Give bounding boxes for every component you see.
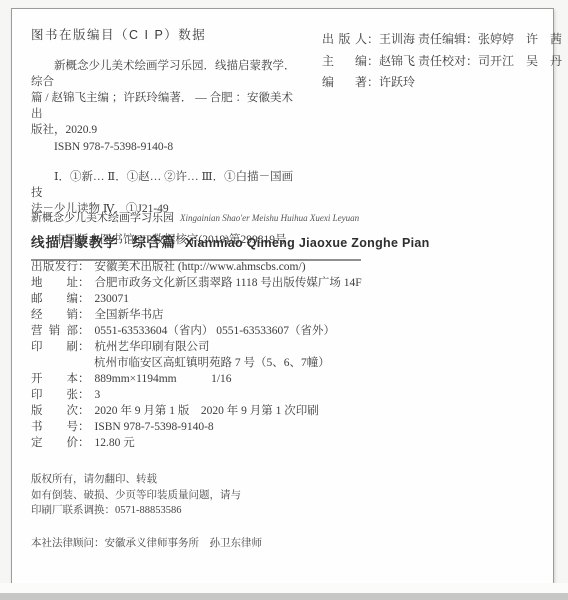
- pub-row-price: 定价：12.80 元: [31, 435, 362, 451]
- colon: ：: [367, 32, 379, 46]
- staff-name: 赵锦飞: [379, 54, 415, 68]
- title-block: 新概念少儿美术绘画学习乐园Xingainian Shao'er Meishu H…: [31, 208, 430, 261]
- staff-row-author: 编著：许跃玲: [322, 72, 415, 94]
- pub-value: 杭州艺华印刷有限公司: [95, 339, 210, 355]
- colon: ：: [78, 435, 90, 451]
- cip-paragraph-line: 新概念少儿美术绘画学习乐园．线描启蒙教学．综合: [31, 58, 303, 90]
- staff-label: 出版人: [322, 29, 367, 51]
- book-title-pinyin: Xianmiao Qimeng Jiaoxue Zonghe Pian: [185, 236, 430, 250]
- pub-label: 出版发行: [31, 259, 78, 275]
- pub-label: 地址: [31, 275, 78, 291]
- pub-value: 全国新华书店: [95, 307, 164, 323]
- staff-column-left: 出版人：王训海 主编：赵锦飞 编著：许跃玲: [322, 29, 415, 94]
- cip-isbn: ISBN 978-7-5398-9140-8: [31, 139, 303, 155]
- staff-row-proofreader: 责任校对：司开江 吴 丹: [418, 51, 562, 73]
- pub-value: ISBN 978-7-5398-9140-8: [95, 419, 214, 435]
- pub-label: 版次: [31, 403, 78, 419]
- pub-row-postcode: 邮编：230071: [31, 291, 362, 307]
- pub-row-publisher: 出版发行：安徽美术出版社 (http://www.ahmscbs.com/): [31, 259, 362, 275]
- pub-row-edition: 版次：2020 年 9 月第 1 版 2020 年 9 月第 1 次印刷: [31, 403, 362, 419]
- colon: ：: [466, 32, 478, 46]
- pub-value: 230071: [95, 291, 130, 307]
- legal-advisor-line: 本社法律顾问：安徽承义律师事务所 孙卫东律师: [31, 535, 262, 550]
- colon: ：: [367, 54, 379, 68]
- pub-label: 邮编: [31, 291, 78, 307]
- pub-row-isbn: 书号：ISBN 978-7-5398-9140-8: [31, 419, 362, 435]
- pub-label: 印刷: [31, 339, 78, 355]
- pub-label: 定价: [31, 435, 78, 451]
- printer-contact-line: 印刷厂联系调换：0571-88853586: [31, 503, 241, 519]
- staff-label: 责任校对: [418, 54, 466, 68]
- book-copyright-page: 图书在版编目（C I P）数据 新概念少儿美术绘画学习乐园．线描启蒙教学．综合 …: [11, 8, 554, 584]
- pub-label: 印张: [31, 387, 78, 403]
- colon: ：: [78, 291, 90, 307]
- staff-row-chief-editor: 主编：赵锦飞: [322, 51, 415, 73]
- series-title-line: 新概念少儿美术绘画学习乐园Xingainian Shao'er Meishu H…: [31, 208, 430, 226]
- pub-label: 经销: [31, 307, 78, 323]
- cip-paragraph-line: 版社，2020.9: [31, 122, 303, 138]
- staff-name: 张婷婷 许 茜: [478, 32, 562, 46]
- book-title: 线描启蒙教学 综合篇: [31, 235, 176, 250]
- staff-name: 王训海: [379, 32, 415, 46]
- scanned-copyright-page: { "ui": { "colon": "：" }, "cip": { "head…: [0, 0, 568, 600]
- colon: ：: [78, 403, 90, 419]
- pub-label: 营销部: [31, 323, 78, 339]
- pub-label: 书号: [31, 419, 78, 435]
- cip-classification-line: Ⅰ．①新… Ⅱ．①赵… ②许… Ⅲ．①白描－国画技: [31, 169, 303, 201]
- copyright-notice-block: 版权所有，请勿翻印、转载 如有倒装、破损、少页等印装质量问题，请与 印刷厂联系调…: [31, 472, 241, 519]
- colon: ：: [78, 275, 90, 291]
- colon: ：: [78, 387, 90, 403]
- pub-row-distribution: 经销：全国新华书店: [31, 307, 362, 323]
- colon: ：: [78, 259, 90, 275]
- quality-notice-line: 如有倒装、破损、少页等印装质量问题，请与: [31, 488, 241, 504]
- colon: ：: [78, 419, 90, 435]
- pub-value: 12.80 元: [95, 435, 135, 451]
- colon: ：: [367, 75, 379, 89]
- staff-row-responsible-editor: 责任编辑：张婷婷 许 茜: [418, 29, 562, 51]
- staff-column-right: 责任编辑：张婷婷 许 茜 责任校对：司开江 吴 丹: [418, 29, 562, 72]
- pub-row-printer: 印刷：杭州艺华印刷有限公司: [31, 339, 362, 355]
- pub-row-address: 地址：合肥市政务文化新区翡翠路 1118 号出版传媒广场 14F: [31, 275, 362, 291]
- series-title-pinyin: Xingainian Shao'er Meishu Huihua Xuexi L…: [180, 213, 359, 223]
- series-title: 新概念少儿美术绘画学习乐园: [31, 212, 174, 224]
- pub-row-format: 开本：889mm×1194mm 1/16: [31, 371, 362, 387]
- book-title-line: 线描启蒙教学 综合篇Xianmiao Qimeng Jiaoxue Zonghe…: [31, 231, 430, 252]
- staff-label: 主编: [322, 51, 367, 73]
- cip-heading: 图书在版编目（C I P）数据: [31, 25, 303, 43]
- pub-value: 889mm×1194mm 1/16: [95, 371, 232, 387]
- pub-value: 安徽美术出版社 (http://www.ahmscbs.com/): [95, 259, 306, 275]
- staff-name: 司开江 吴 丹: [478, 54, 562, 68]
- colon: ：: [78, 371, 90, 387]
- staff-name: 许跃玲: [379, 75, 415, 89]
- colon: ：: [78, 307, 90, 323]
- colon: ：: [78, 323, 90, 339]
- pub-row-marketing: 营销部：0551-63533604（省内） 0551-63533607（省外）: [31, 323, 362, 339]
- scan-edge-strip: [0, 593, 568, 600]
- publishing-block: 出版发行：安徽美术出版社 (http://www.ahmscbs.com/) 地…: [31, 259, 362, 451]
- pub-row-sheets: 印张：3: [31, 387, 362, 403]
- pub-value: 0551-63533604（省内） 0551-63533607（省外）: [95, 323, 336, 339]
- pub-value: 杭州市临安区高虹镇明苑路 7 号（5、6、7幢）: [94, 355, 330, 371]
- pub-value: 合肥市政务文化新区翡翠路 1118 号出版传媒广场 14F: [95, 275, 362, 291]
- cip-paragraph-line: 篇 / 赵锦飞主编 ；许跃玲编著． — 合肥 ：安徽美术出: [31, 90, 303, 122]
- pub-value: 2020 年 9 月第 1 版 2020 年 9 月第 1 次印刷: [95, 403, 319, 419]
- copyright-notice-line: 版权所有，请勿翻印、转载: [31, 472, 241, 488]
- pub-value: 3: [95, 387, 101, 403]
- staff-label: 责任编辑: [418, 32, 466, 46]
- staff-label: 编著: [322, 72, 367, 94]
- staff-row-publisher: 出版人：王训海: [322, 29, 415, 51]
- colon: ：: [78, 339, 90, 355]
- colon: ：: [466, 54, 478, 68]
- cip-paragraph: 新概念少儿美术绘画学习乐园．线描启蒙教学．综合 篇 / 赵锦飞主编 ；许跃玲编著…: [31, 58, 303, 138]
- pub-row-printer-address: 杭州市临安区高虹镇明苑路 7 号（5、6、7幢）: [31, 355, 362, 371]
- scan-edge-fade: [0, 583, 568, 593]
- pub-label: 开本: [31, 371, 78, 387]
